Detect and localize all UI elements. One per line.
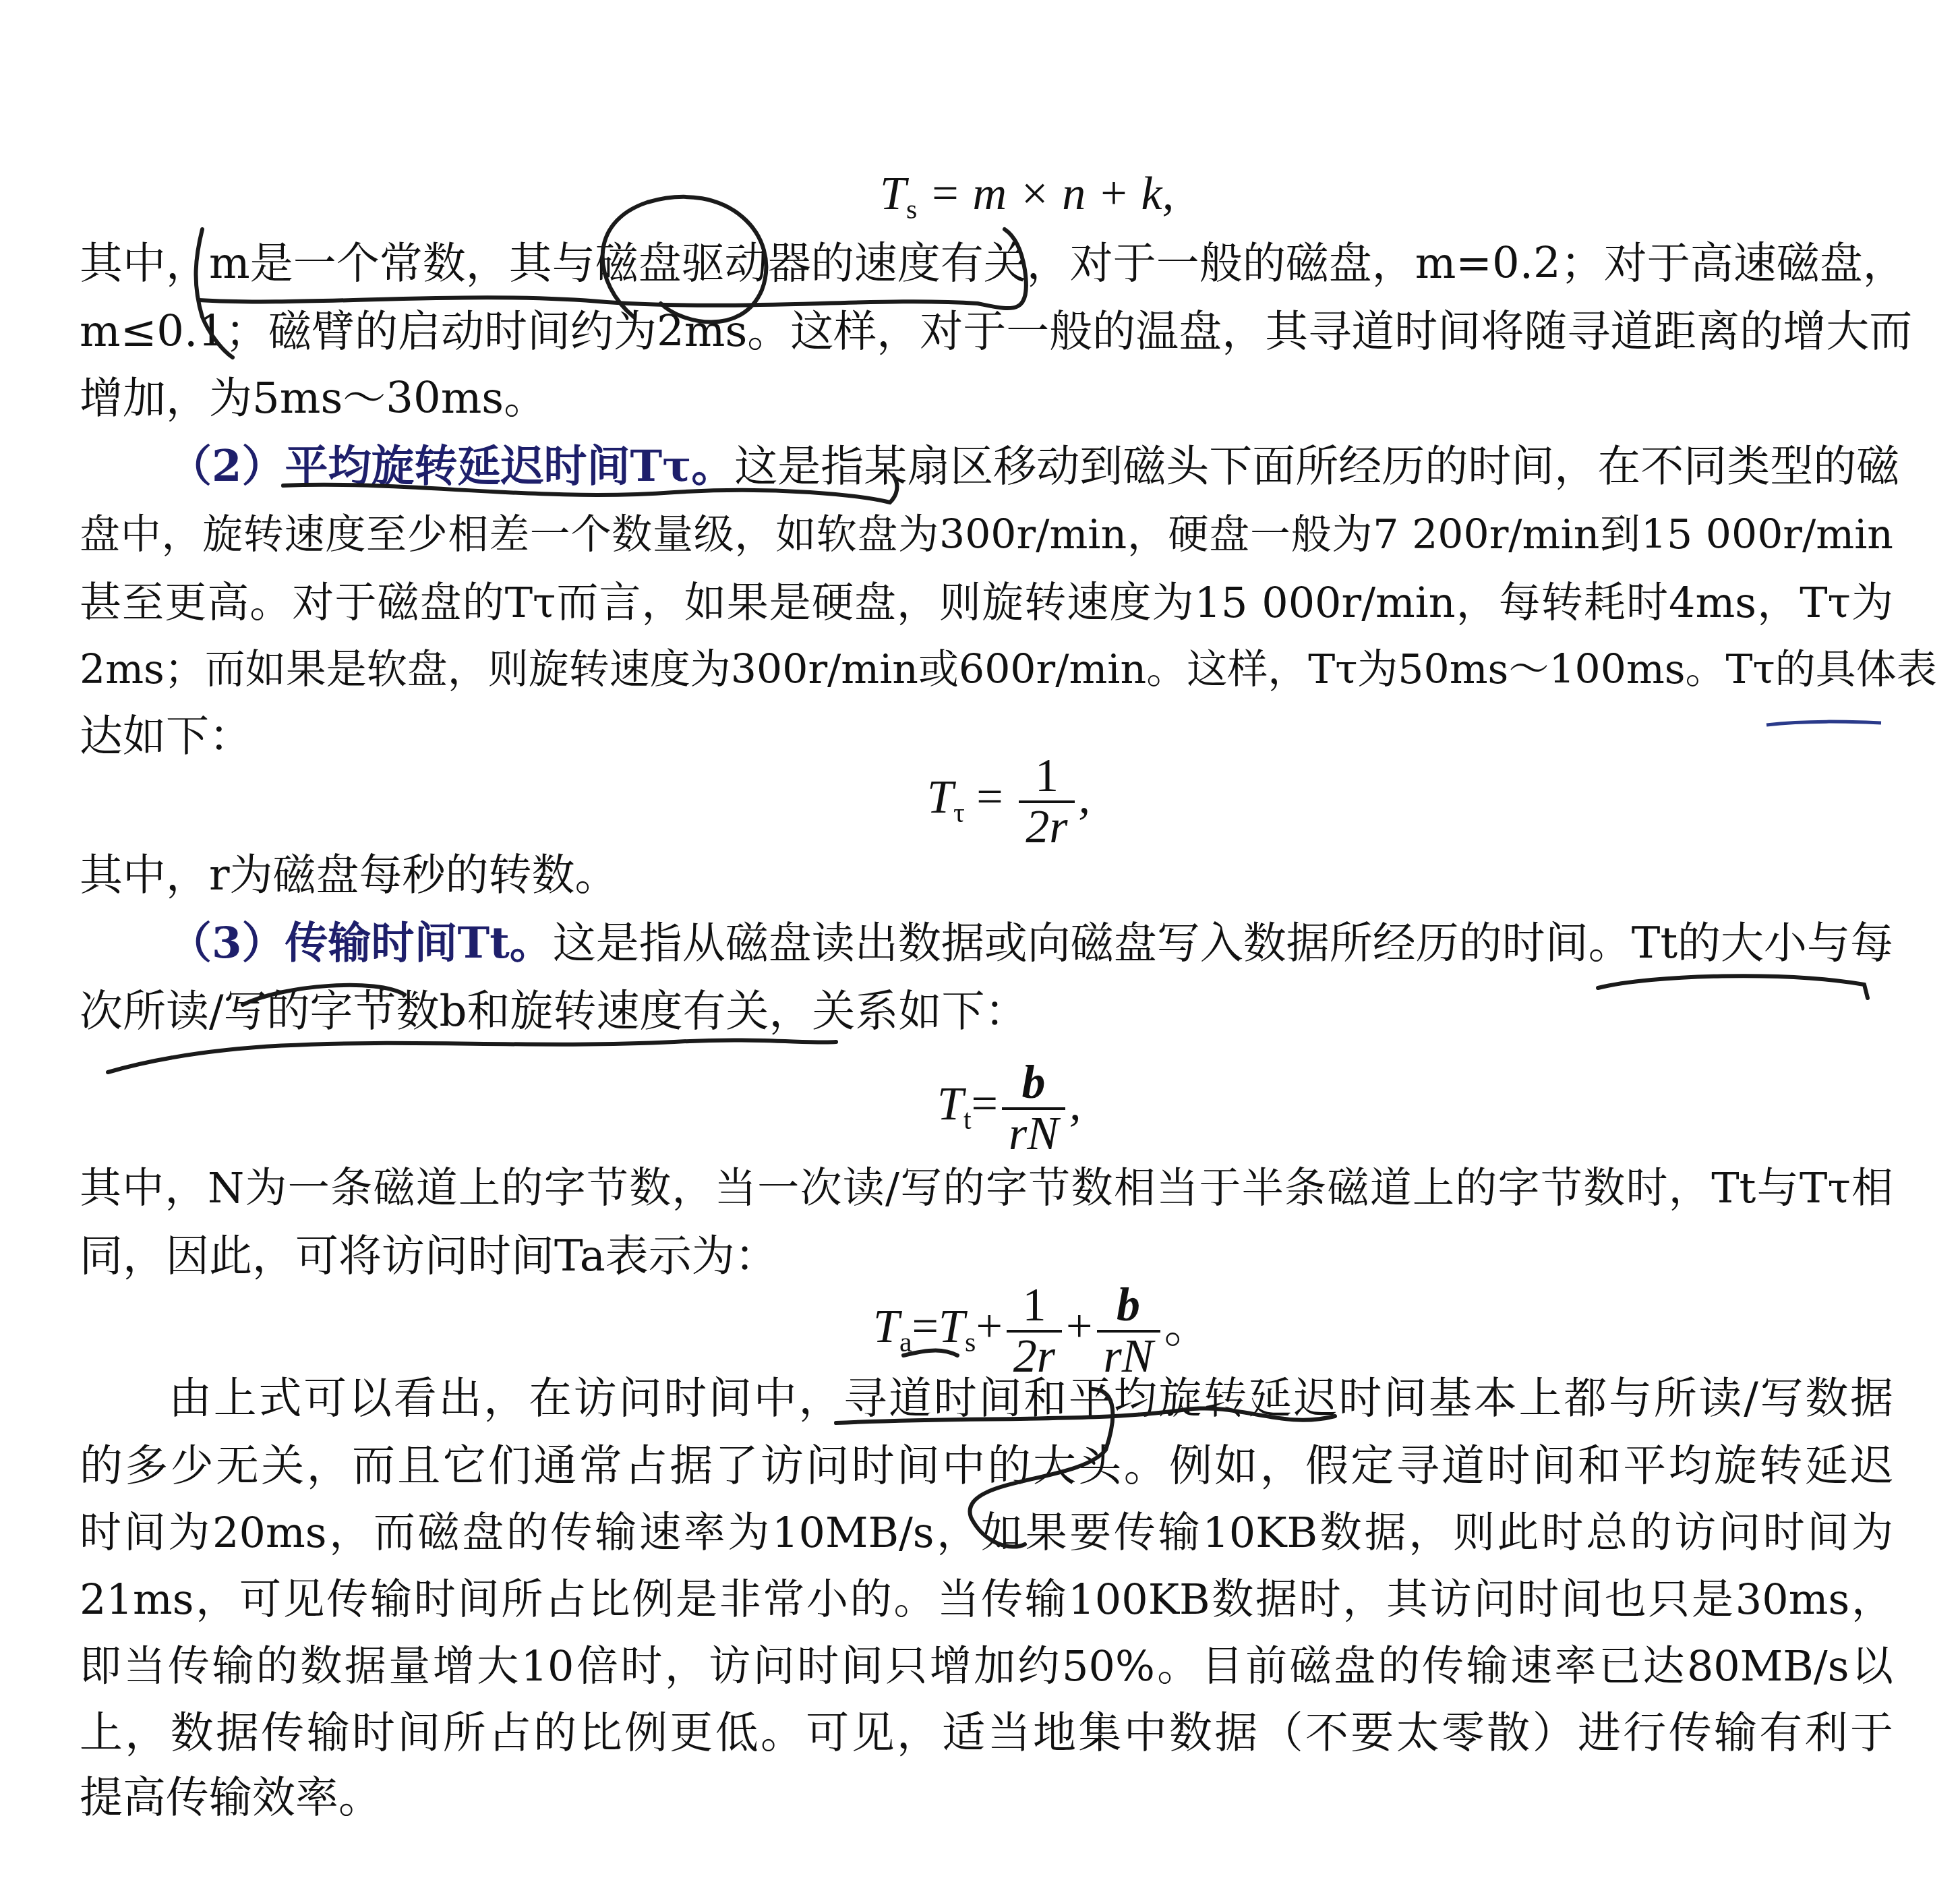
paragraph-line: m≤0.1；磁臂的启动时间约为2ms。这样，对于一般的温盘，其寻道时间将随寻道距…	[80, 305, 1893, 359]
formula-subscript: t	[963, 1105, 972, 1136]
formula-symbol: T	[927, 771, 953, 823]
formula-symbol: T	[880, 168, 906, 220]
paragraph-line: 即当传输的数据量增大10倍时，访问时间只增加约50%。目前磁盘的传输速率已达80…	[80, 1639, 1893, 1693]
formula-subscript: s	[965, 1327, 976, 1358]
section-heading-transfer-time: （3）传输时间Tt。	[169, 918, 553, 968]
paragraph-line: 提高传输效率。	[80, 1771, 1893, 1825]
paragraph-line: 由上式可以看出，在访问时间中，寻道时间和平均旋转延迟时间基本上都与所读/写数据	[169, 1372, 1893, 1426]
formula-comma: ,	[1069, 1078, 1081, 1130]
fraction: 1 2r	[1007, 1281, 1062, 1381]
section-3-line: （3）传输时间Tt。这是指从磁盘读出数据或向磁盘写入数据所经历的时间。Tt的大小…	[169, 916, 1893, 970]
ink-underline-4	[108, 1040, 836, 1072]
fraction-numerator: b	[1110, 1281, 1147, 1330]
fraction-numerator: 1	[1015, 1281, 1052, 1330]
section-heading-rotational-latency: （2）平均旋转延迟时间Tτ。	[169, 441, 734, 492]
fraction: b rN	[1097, 1281, 1160, 1381]
formula-period: 。	[1164, 1301, 1212, 1353]
fraction-denominator: 2r	[1019, 803, 1074, 852]
formula-equals: =	[912, 1301, 939, 1353]
section-2-line: （2）平均旋转延迟时间Tτ。这是指某扇区移动到磁头下面所经历的时间，在不同类型的…	[169, 440, 1893, 494]
formula-subscript: s	[906, 194, 917, 225]
formula-plus: +	[1066, 1301, 1092, 1353]
formula-symbol: T	[873, 1301, 899, 1353]
paragraph-line: 同，因此，可将访问时间Ta表示为：	[80, 1229, 1893, 1283]
paragraph-text: 这是指某扇区移动到磁头下面所经历的时间，在不同类型的磁	[734, 442, 1899, 492]
formula-access-time: Ta=Ts+ 1 2r + b rN 。	[873, 1281, 1212, 1381]
paragraph-line: 上，数据传输时间所占的比例更低。可见，适当地集中数据（不要太零散）进行传输有利于	[80, 1706, 1893, 1760]
formula-subscript: a	[899, 1327, 912, 1358]
fraction: b rN	[1002, 1059, 1065, 1159]
formula-equals: =	[976, 771, 1003, 823]
fraction: 1 2r	[1019, 752, 1074, 852]
formula-rotational-latency: Tτ = 1 2r ,	[927, 752, 1090, 852]
formula-equals: =	[972, 1078, 998, 1130]
paragraph-line: 时间为20ms，而磁盘的传输速率为10MB/s，如果要传输10KB数据，则此时总…	[80, 1506, 1893, 1560]
fraction-numerator: 1	[1028, 752, 1065, 800]
paragraph-line: 21ms，可见传输时间所占比例是非常小的。当传输100KB数据时，其访问时间也只…	[80, 1573, 1893, 1627]
formula-subscript: τ	[953, 798, 965, 829]
paragraph-line: 增加，为5ms～30ms。	[80, 372, 1893, 426]
formula-transfer-time: Tt= b rN ,	[937, 1059, 1081, 1159]
formula-symbol: T	[939, 1301, 965, 1353]
formula-rhs: = m × n + k,	[929, 168, 1174, 220]
paragraph-line: 其中，r为磁盘每秒的转数。	[80, 848, 1893, 902]
paragraph-line: 次所读/写的字节数b和旋转速度有关，关系如下：	[80, 985, 1893, 1039]
fraction-denominator: rN	[1002, 1110, 1065, 1159]
paragraph-line: 其中，N为一条磁道上的字节数，当一次读/写的字节数相当于半条磁道上的字节数时，T…	[80, 1161, 1893, 1215]
formula-seek-time: Ts = m × n + k,	[880, 167, 1174, 237]
paragraph-line: 其中，m是一个常数，其与磁盘驱动器的速度有关，对于一般的磁盘，m=0.2；对于高…	[80, 237, 1893, 291]
formula-comma: ,	[1079, 771, 1091, 823]
paragraph-line: 甚至更高。对于磁盘的Tτ而言，如果是硬盘，则旋转速度为15 000r/min，每…	[80, 576, 1893, 630]
paragraph-text: 这是指从磁盘读出数据或向磁盘写入数据所经历的时间。Tt的大小与每	[553, 918, 1893, 968]
fraction-numerator: b	[1015, 1059, 1052, 1107]
paragraph-line: 盘中，旋转速度至少相差一个数量级，如软盘为300r/min，硬盘一般为7 200…	[80, 508, 1893, 562]
formula-symbol: T	[937, 1078, 963, 1130]
paragraph-line: 2ms；而如果是软盘，则旋转速度为300r/min或600r/min。这样，Tτ…	[80, 643, 1893, 697]
formula-plus: +	[976, 1301, 1002, 1353]
paragraph-line: 的多少无关，而且它们通常占据了访问时间中的大头。例如，假定寻道时间和平均旋转延迟	[80, 1439, 1893, 1493]
